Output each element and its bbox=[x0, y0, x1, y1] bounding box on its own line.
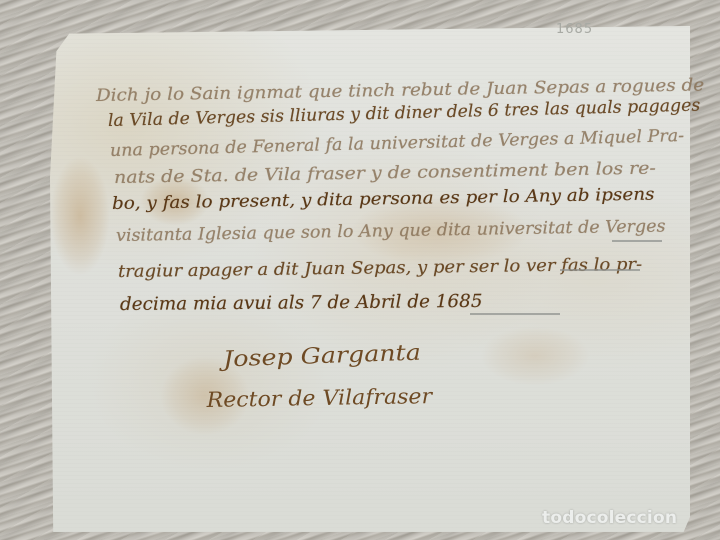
pencil-catalog-number: 1685 bbox=[556, 22, 593, 37]
pencil-underline-2 bbox=[612, 240, 662, 242]
manuscript-line-8-date: decima mia avui als 7 de Abril de 1685 bbox=[120, 291, 483, 315]
water-stain-left bbox=[50, 156, 110, 276]
pencil-underline-1 bbox=[560, 269, 640, 271]
pencil-underline-date bbox=[470, 313, 560, 315]
signature-title: Rector de Vilafraser bbox=[206, 384, 432, 412]
watermark-logo: todocoleccion bbox=[542, 508, 677, 528]
water-stain-right bbox=[480, 326, 590, 386]
